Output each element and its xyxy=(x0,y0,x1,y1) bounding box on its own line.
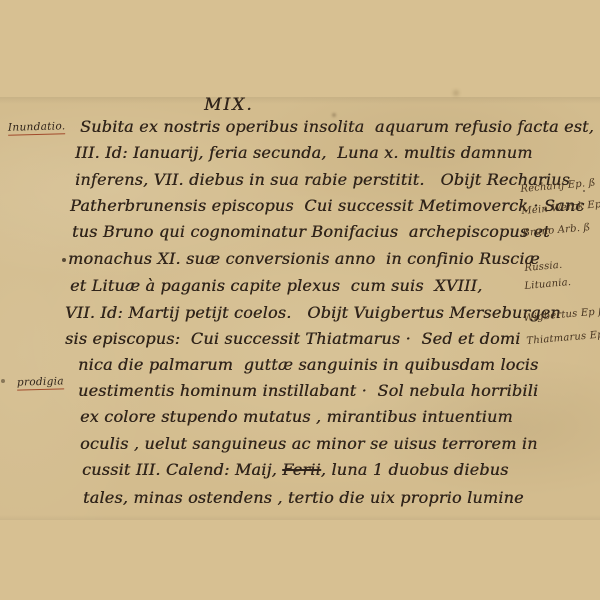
text-segment: , luna 1 duobus diebus xyxy=(321,460,509,479)
text-line: tales, minas ostendens , tertio die uix … xyxy=(83,488,524,508)
text-segment: inferens, VII. diebus in sua rabie perst… xyxy=(75,170,570,189)
text-line: sis episcopus: Cui successit Thiatmarus … xyxy=(65,329,520,349)
text-line: III. Id: Ianuarij, feria secunda, Luna x… xyxy=(75,143,533,163)
text-line: uestimentis hominum instillabant · Sol n… xyxy=(78,381,538,401)
text-segment: et Lituæ à paganis capite plexus cum sui… xyxy=(70,276,482,295)
text-line: tus Bruno qui cognominatur Bonifacius ar… xyxy=(72,222,550,242)
text-segment: VII. Id: Martij petijt coelos. Obijt Vui… xyxy=(65,303,561,322)
text-segment: tus Bruno qui cognominatur Bonifacius ar… xyxy=(72,222,550,241)
text-line: et Lituæ à paganis capite plexus cum sui… xyxy=(70,276,482,296)
text-line: ex colore stupendo mutatus , mirantibus … xyxy=(80,407,513,427)
text-segment: nica die palmarum guttæ sanguinis in qui… xyxy=(78,355,538,374)
text-segment: III. Id: Ianuarij, feria secunda, Luna x… xyxy=(75,143,533,162)
ink-specks xyxy=(0,0,2,2)
text-line: cussit III. Calend: Maij, Ferii, luna 1 … xyxy=(82,460,509,480)
text-segment: monachus XI. suæ conversionis anno in co… xyxy=(68,249,540,268)
text-segment: cussit III. Calend: Maij, xyxy=(82,460,282,479)
manuscript-scan: MIX. Subita ex nostris operibus insolita… xyxy=(0,0,600,600)
page-heading: MIX. xyxy=(204,95,254,115)
text-segment: uestimentis hominum instillabant · Sol n… xyxy=(78,381,538,400)
text-line: nica die palmarum guttæ sanguinis in qui… xyxy=(78,355,538,375)
text-segment: tales, minas ostendens , tertio die uix … xyxy=(83,488,524,507)
text-line: Patherbrunensis episcopus Cui successit … xyxy=(70,196,584,216)
margin-note-left: Inundatio. xyxy=(8,120,66,135)
text-segment: ex colore stupendo mutatus , mirantibus … xyxy=(80,407,513,426)
text-line: Subita ex nostris operibus insolita aqua… xyxy=(80,117,594,137)
text-segment: Subita ex nostris operibus insolita aqua… xyxy=(80,117,594,136)
margin-note-left: prodigia xyxy=(17,375,64,390)
strikethrough-word: Ferii xyxy=(282,460,321,479)
text-line: oculis , uelut sanguineus ac minor se ui… xyxy=(80,434,538,454)
text-line: monachus XI. suæ conversionis anno in co… xyxy=(68,249,540,269)
text-line: inferens, VII. diebus in sua rabie perst… xyxy=(75,170,570,190)
text-segment: Patherbrunensis episcopus Cui successit … xyxy=(70,196,584,215)
text-segment: sis episcopus: Cui successit Thiatmarus … xyxy=(65,329,520,348)
text-segment: oculis , uelut sanguineus ac minor se ui… xyxy=(80,434,538,453)
text-line: VII. Id: Martij petijt coelos. Obijt Vui… xyxy=(65,303,561,323)
